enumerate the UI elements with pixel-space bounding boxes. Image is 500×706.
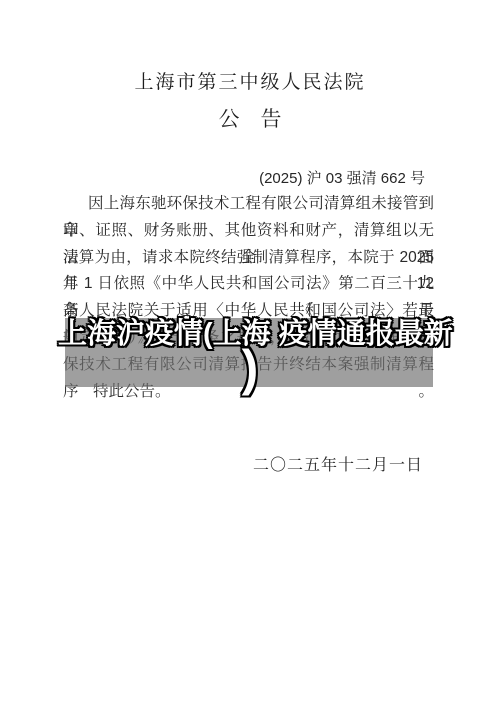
date-line: 二〇二五年十二月一日 [0,454,423,478]
announcement-heading: 公 告 [0,105,500,133]
body-line: 清算为由，请求本院终结强制清算程序，本院于 2025 年 12 [63,245,434,272]
body-line: 章、证照、财务账册、其他资料和财产，清算组以无法全面 [63,218,434,245]
court-title: 上海市第三中级人民法院 [0,70,500,96]
body-line: 月 1 日依照《中华人民共和国公司法》第二百三十九条、《最 [63,271,434,298]
document-page: 上海市第三中级人民法院 公 告 (2025) 沪 03 强清 662 号 因上海… [0,0,500,706]
body-line: 因上海东驰环保技术工程有限公司清算组未接管到印 [63,191,434,218]
case-number: (2025) 沪 03 强清 662 号 [0,168,425,190]
watermark-headline-paren: ) [58,339,442,397]
